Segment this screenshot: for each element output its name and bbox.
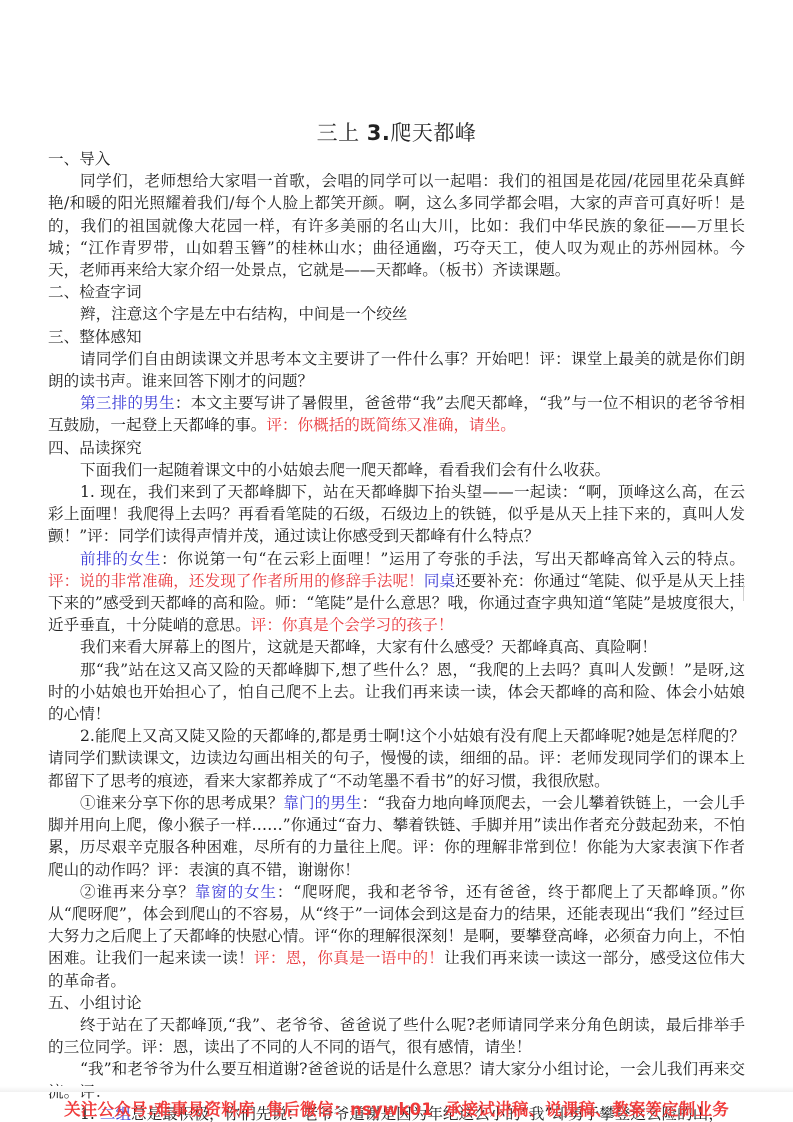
title-text: 爬天都峰: [390, 121, 476, 145]
paragraph: 前排的女生：你说第一句“在云彩上面哩！”运用了夸张的手法，写出天都峰高耸入云的特…: [48, 548, 745, 637]
footer-wechat: 售后微信：nsywk01: [267, 1100, 433, 1119]
paragraph: ②谁再来分享？靠窗的女生：“爬呀爬，我和老爷爷，还有爸爸，终于都爬上了天都峰顶。…: [48, 881, 745, 992]
student-answer: ：你说第一句“在云彩上面哩！”运用了夸张的手法，写出天都峰高耸入云的特点。: [161, 550, 745, 568]
section-heading-group-discussion: 五、小组讨论: [48, 992, 745, 1014]
paragraph: 终于站在了天都峰顶,“我”、老爷爷、爸爸说了些什么呢?老师请同学来分角色朗读，最…: [48, 1014, 745, 1058]
student-speaker: 靠门的男生: [283, 794, 361, 812]
section-heading-reading: 四、品读探究: [48, 437, 745, 459]
paragraph: 1. 现在，我们来到了天都峰脚下，站在天都峰脚下抬头望——一起读：“啊，顶峰这么…: [48, 481, 745, 548]
paragraph: 2.能爬上又高又陡又险的天都峰的,都是勇士啊!这个小姑娘有没有爬上天都峰呢?她是…: [48, 725, 745, 792]
paragraph: 请同学们自由朗读课文并思考本文主要讲了一件什么事？开始吧！评：课堂上最美的就是你…: [48, 348, 745, 392]
student-speaker: 靠窗的女生: [195, 883, 277, 901]
teacher-comment: 评：你真是个会学习的孩子！: [251, 616, 454, 634]
footer-banner: 关注公众号:难事易资料库售后微信：nsywk01承接试讲稿、说课稿、教案等定制业…: [0, 1096, 793, 1122]
section-heading-vocab: 二、检查字词: [48, 281, 745, 303]
document-body: 一、导入 同学们，老师想给大家唱一首歌，会唱的同学可以一起唱：我们的祖国是花园/…: [48, 148, 745, 1122]
teacher-comment: 评：说的非常准确，还发现了作者所用的修辞手法呢！: [48, 572, 424, 590]
student-speaker: 前排的女生: [80, 550, 161, 568]
section-heading-overview: 三、整体感知: [48, 326, 745, 348]
paragraph: 同学们，老师想给大家唱一首歌，会唱的同学可以一起唱：我们的祖国是花园/花园里花朵…: [48, 170, 745, 281]
title-prefix: 三上: [317, 121, 367, 145]
footer-service: 承接试讲稿、说课稿、教案等定制业务: [445, 1100, 729, 1119]
title-number: 3.: [367, 121, 391, 145]
footer-divider: [0, 1086, 793, 1092]
question-lead: ①谁来分享下你的思考成果？: [80, 794, 283, 812]
paragraph: 第三排的男生：本文主要写讲了暑假里，爸爸带“我”去爬天都峰，“我”与一位不相识的…: [48, 392, 745, 436]
section-heading-intro: 一、导入: [48, 148, 745, 170]
paragraph: 辫，注意这个字是左中右结构，中间是一个绞丝: [48, 303, 745, 325]
page-title: 三上 3.爬天都峰: [0, 117, 793, 147]
student-speaker: 同桌: [424, 572, 455, 590]
paragraph: 下面我们一起随着课文中的小姑娘去爬一爬天都峰，看看我们会有什么收获。: [48, 459, 745, 481]
teacher-comment: 评：恩，你真是一语中的！: [254, 949, 444, 967]
paragraph: 我们来看大屏幕上的图片，这就是天都峰，大家有什么感受？天都峰真高、真险啊！: [48, 636, 745, 658]
teacher-comment: 评：你概括的既简练又准确，请坐。: [266, 416, 516, 434]
footer-account: 关注公众号:难事易资料库: [64, 1100, 255, 1119]
question-lead: ②谁再来分享？: [80, 883, 195, 901]
student-speaker: 第三排的男生: [80, 394, 175, 412]
paragraph: 那“我”站在这又高又险的天都峰脚下,想了些什么？恩，“我爬的上去吗？真叫人发颤！…: [48, 659, 745, 726]
paragraph: ①谁来分享下你的思考成果？靠门的男生：“我奋力地向峰顶爬去，一会儿攀着铁链上，一…: [48, 792, 745, 881]
scan-line-artifact: [743, 583, 744, 601]
